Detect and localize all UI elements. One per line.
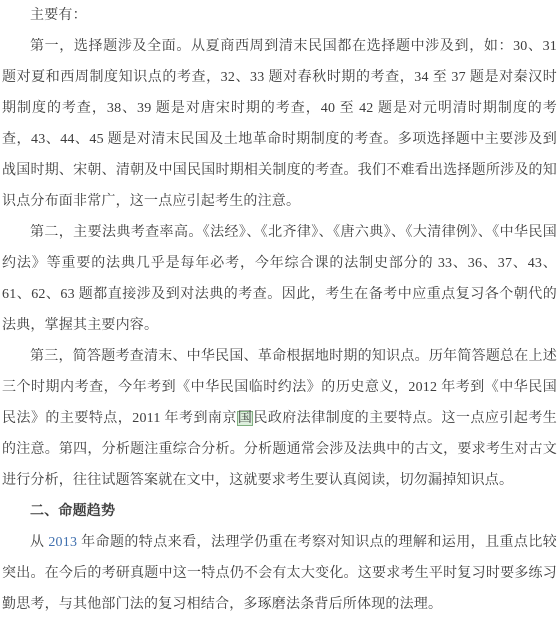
paragraph-trend: 从 2013 年命题的特点来看，法理学仍重在考察对知识点的理解和运用，且重点比较… <box>2 527 557 620</box>
paragraph-heading-trend: 二、命题趋势 <box>2 496 557 527</box>
text-segment: 第二，主要法典考查率高。《法经》、《北齐律》、《唐六典》、《大清律例》、《中华民… <box>2 225 557 333</box>
paragraph-point-1: 第一，选择题涉及全面。从夏商西周到清末民国都在选择题中涉及到，如：30、31 题… <box>2 31 557 217</box>
article-body: 主要有：第一，选择题涉及全面。从夏商西周到清末民国都在选择题中涉及到，如：30、… <box>0 0 559 620</box>
paragraph-point-3-4: 第三，简答题考查清末、中华民国、革命根据地时期的知识点。历年简答题总在上述三个时… <box>2 341 557 496</box>
paragraph-point-2: 第二，主要法典考查率高。《法经》、《北齐律》、《唐六典》、《大清律例》、《中华民… <box>2 217 557 341</box>
text-segment: 从 <box>30 535 48 550</box>
paragraph-intro: 主要有： <box>2 0 557 31</box>
keyword-highlight: 国 <box>237 411 253 426</box>
text-segment: 二、命题趋势 <box>30 504 115 519</box>
text-segment: 第一，选择题涉及全面。从夏商西周到清末民国都在选择题中涉及到，如：30、31 题… <box>2 39 557 209</box>
text-segment: 主要有： <box>30 8 87 23</box>
year-2013-link[interactable]: 2013 <box>48 535 77 550</box>
text-segment: 年命题的特点来看，法理学仍重在考察对知识点的理解和运用，且重点比较突出。在今后的… <box>2 535 557 612</box>
